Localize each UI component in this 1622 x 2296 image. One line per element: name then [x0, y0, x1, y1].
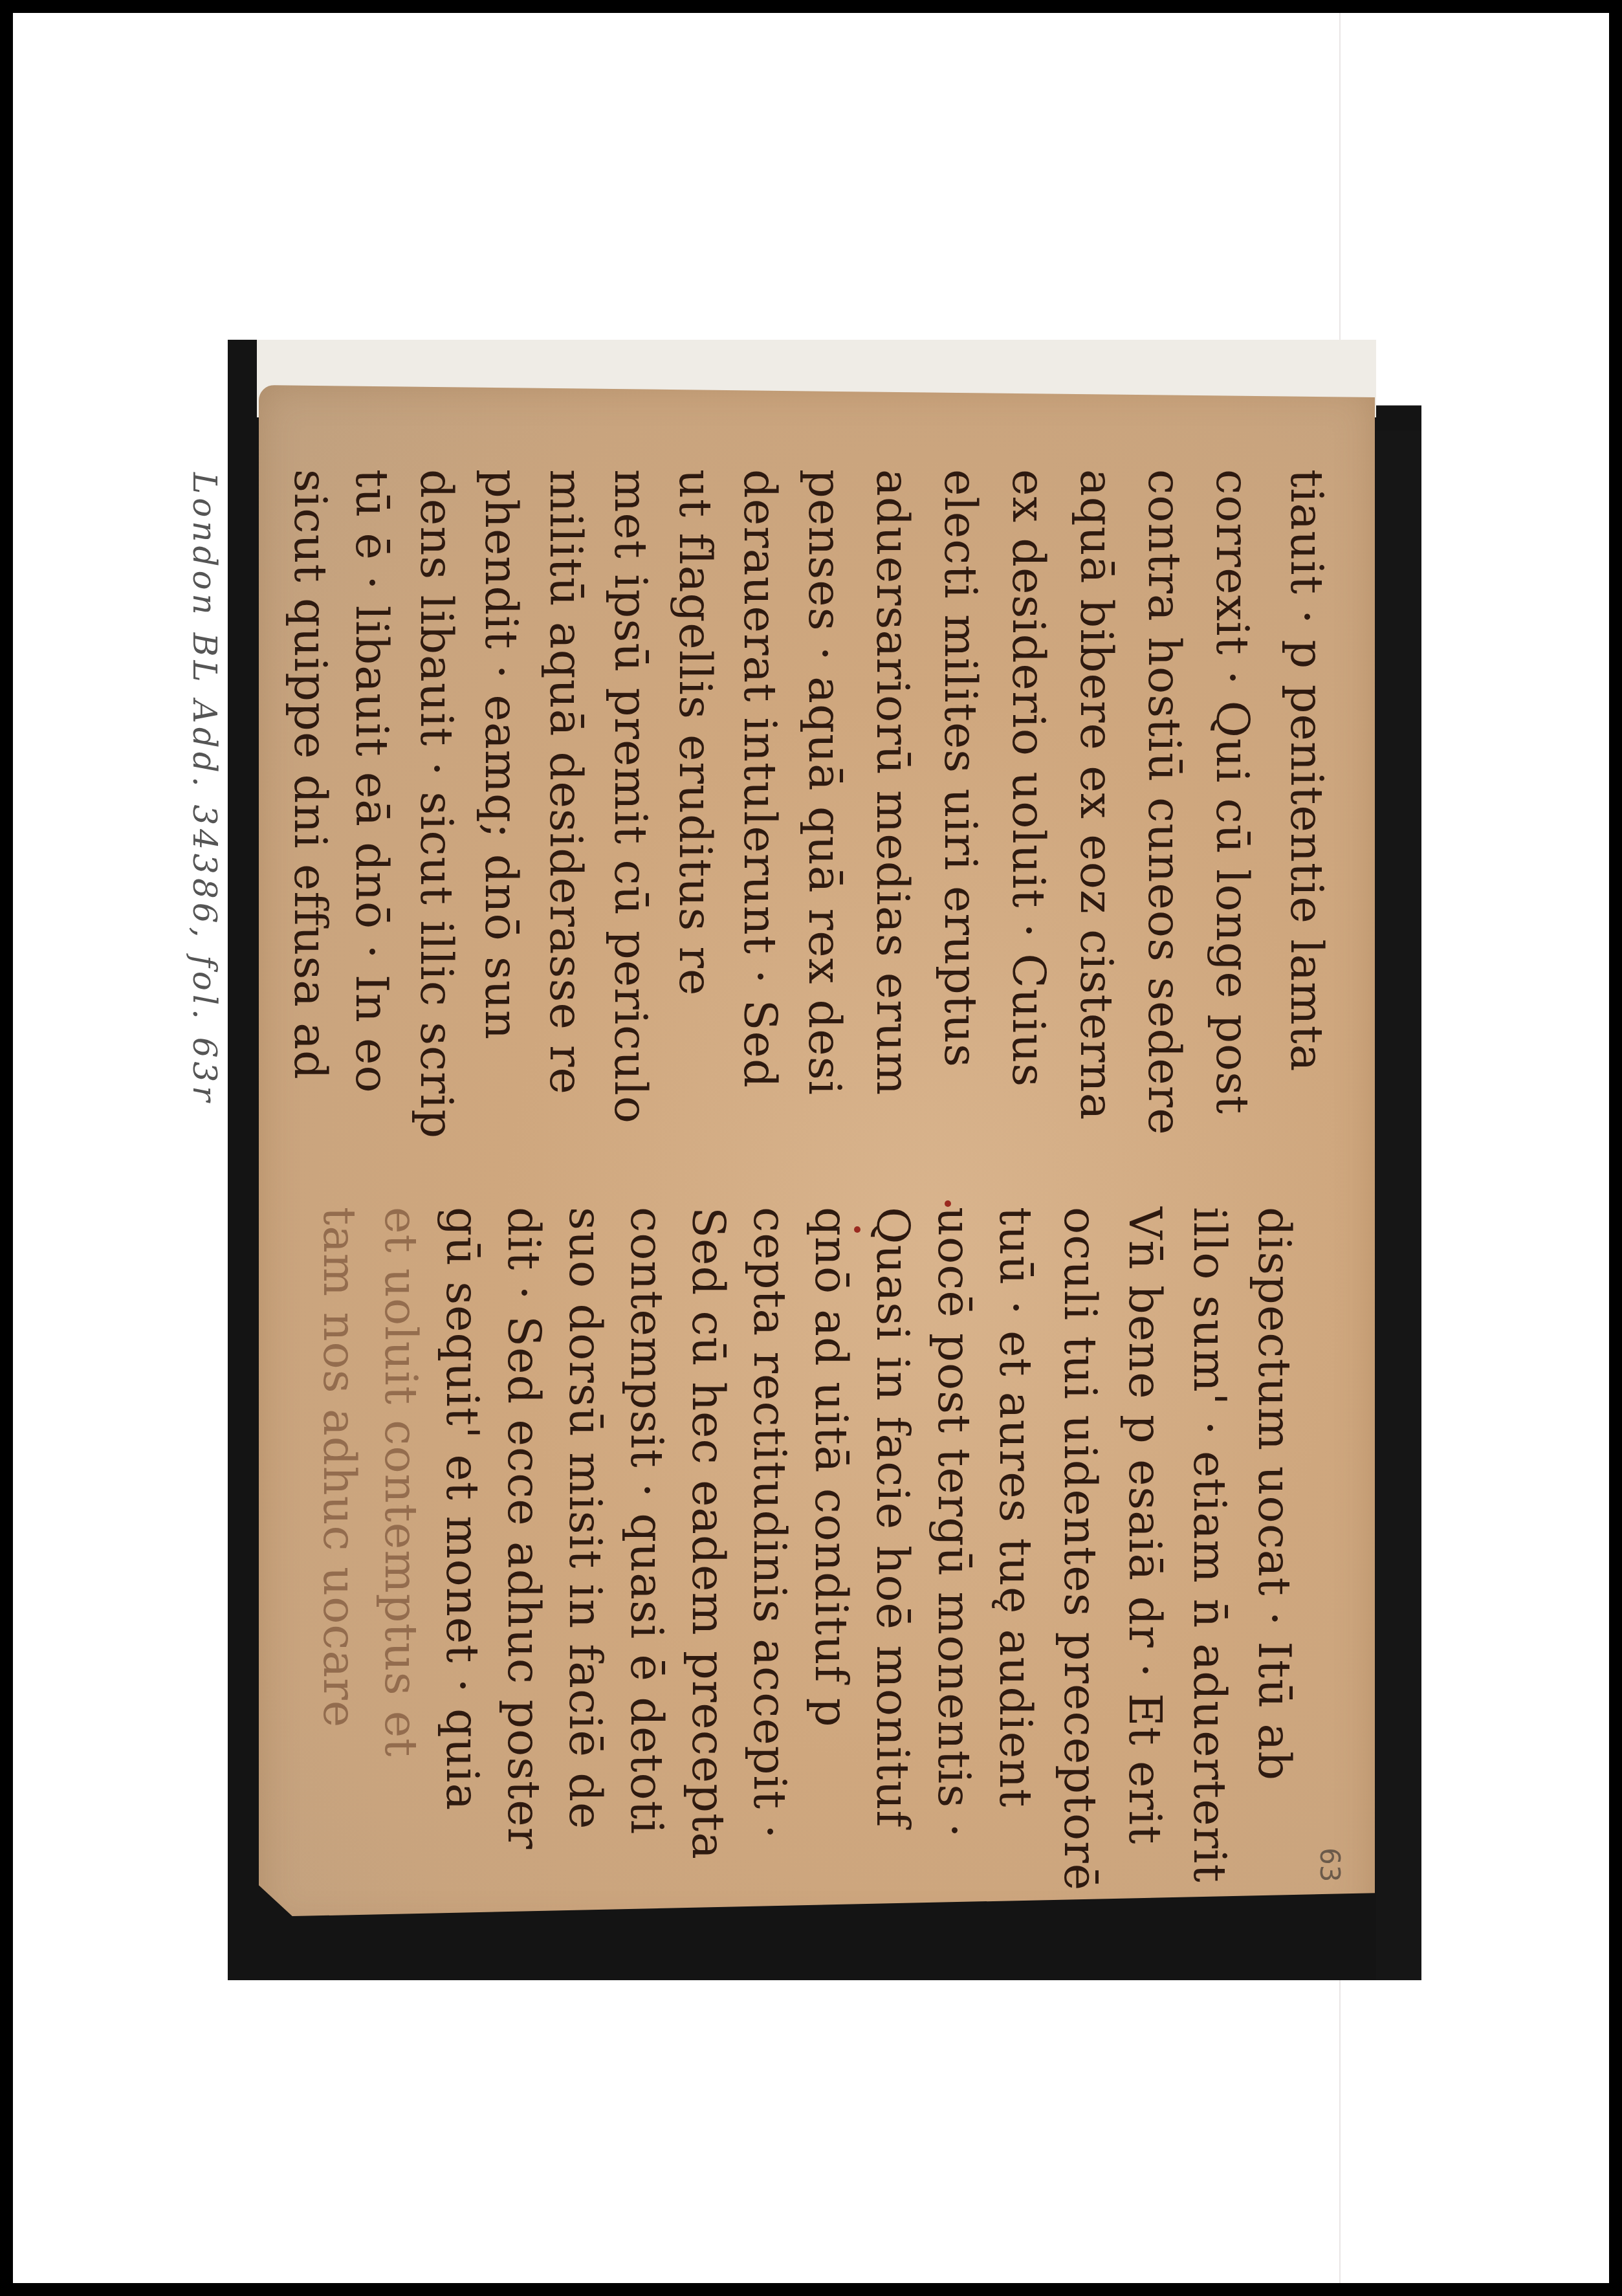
ms-line: illo sum' · etiam n̄ aduerterit: [1187, 1207, 1233, 1883]
ms-line: et uoluit contemptus et: [378, 1207, 424, 1757]
manuscript-text-block: tiauit · p penitentie lamta correxit · Q…: [298, 463, 1333, 1938]
ms-line: cepta rectitudinis accepit ·: [747, 1207, 793, 1840]
scanned-page: London BL Add. 34386, fol. 63r tiauit · …: [13, 13, 1609, 2283]
ms-line: suo dorsū misit in faciē de: [563, 1207, 608, 1829]
ms-line: tiauit · p penitentie lamta: [1284, 469, 1330, 1072]
ms-line: met ipsū premit cū periculo: [608, 469, 653, 1124]
ms-line: ut flagellis eruditus re: [673, 469, 718, 997]
ms-line: Vn̄ bene p esaiā dr · Et erit: [1123, 1207, 1168, 1844]
ms-line: uocē post tergū monentis ·: [932, 1207, 977, 1838]
manuscript-photo: tiauit · p penitentie lamta correxit · Q…: [228, 340, 1441, 1980]
ms-line: correxit · Qui cū longe post: [1210, 469, 1255, 1114]
ms-line: dispectum uocat · Itū ab: [1252, 1207, 1297, 1781]
handwritten-shelfmark-note: London BL Add. 34386, fol. 63r: [186, 472, 223, 1105]
ms-line: electi milites uiri eruptus: [938, 469, 983, 1068]
ms-line: Sed cū hec eadem precepta: [686, 1207, 731, 1860]
folio-number: 63: [1314, 1848, 1346, 1882]
ms-line: qnō ad uitā condituf p: [809, 1207, 854, 1727]
ms-line: dit · Sed ecce adhuc poster: [501, 1207, 547, 1849]
ms-line: dens libauit · sicut illic scrip: [414, 469, 459, 1139]
ms-line: sicut quippe dni effusa ad: [288, 469, 333, 1080]
ms-line: penses · aquā quā rex desi: [802, 469, 848, 1096]
ms-line: aquā bibere ex eoz cisterna: [1074, 469, 1119, 1120]
ms-line: tuū · et aures tuę audient: [993, 1207, 1038, 1807]
ms-line: aduersariorū medias erum: [870, 469, 915, 1096]
ms-line: contempsit · quasi ē detoti: [624, 1207, 670, 1835]
ms-line: Quasi in facie hoē monituf: [870, 1207, 915, 1827]
ms-line: tū ē · libauit eā dnō · In eo: [349, 469, 395, 1094]
rubric-mark: [854, 1226, 860, 1233]
ms-line: ex desiderio uoluit · Cuius: [1006, 469, 1051, 1087]
rubric-mark: [945, 1200, 951, 1207]
ms-line: phendit · eamq; dnō sun: [479, 469, 524, 1040]
ms-line: militū aquā desiderasse re: [543, 469, 589, 1095]
parchment-leaf: tiauit · p penitentie lamta correxit · Q…: [259, 385, 1375, 1932]
ms-line: gū sequit' et monet · quia: [440, 1207, 485, 1811]
ms-line: tam nos adhuc uocare: [317, 1207, 362, 1728]
ms-line: derauerat intulerunt · Sed: [738, 469, 783, 1088]
ms-line: contra hostiū cuneos sedere: [1142, 469, 1187, 1136]
ms-line: oculi tui uidentes preceptorē: [1058, 1207, 1103, 1891]
photo-backing-right: [1376, 430, 1421, 1980]
